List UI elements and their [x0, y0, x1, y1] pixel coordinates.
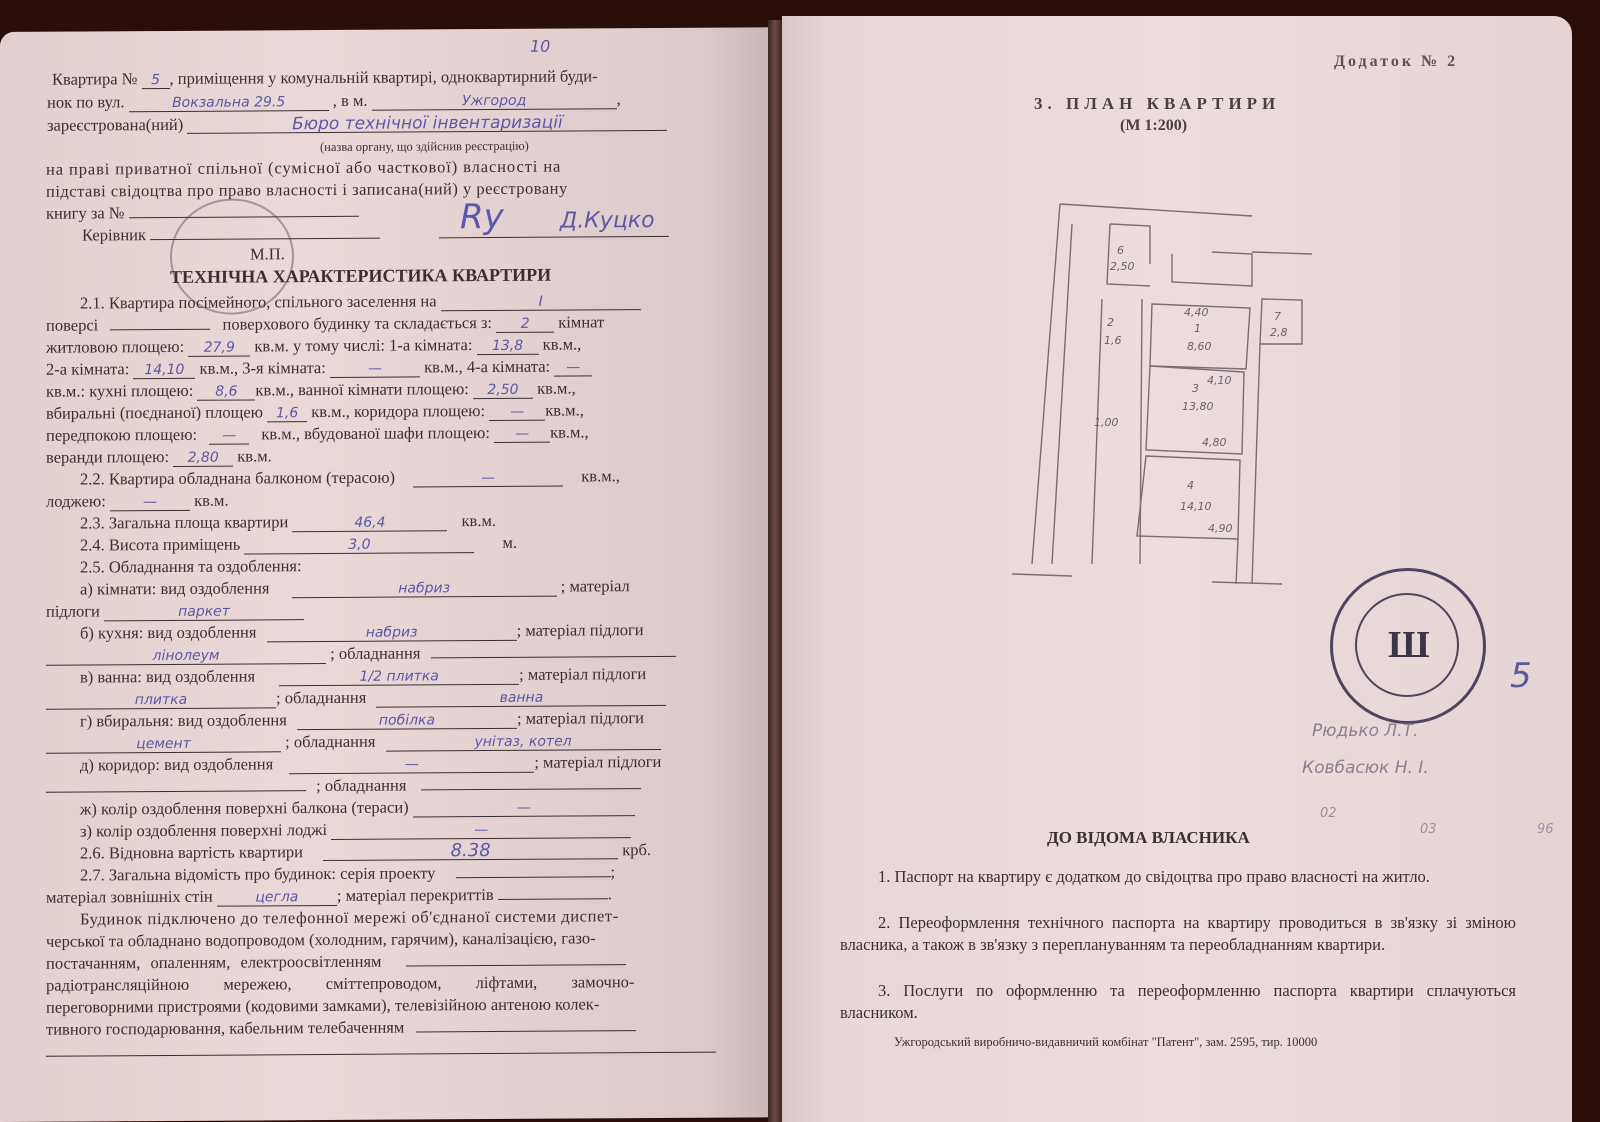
s25-z-line: з) колір оздоблення поверхні лоджі — — [80, 818, 631, 841]
s25-g-line-2: цемент ; обладнання унітаз, котел — [46, 730, 661, 754]
s22-line-1: 2.2. Квартира обладнана балконом (терасо… — [80, 466, 620, 489]
bath-equipment-field[interactable]: ванна — [376, 689, 666, 708]
room-label-6: 6 — [1117, 244, 1124, 257]
para-line-7 — [46, 1038, 716, 1062]
s27-line-2: матеріал зовнішніх стін цегла; матеріал … — [46, 884, 612, 907]
total-area-field[interactable]: 46,4 — [292, 514, 447, 532]
living-area-field[interactable]: 27,9 — [188, 339, 250, 356]
notice-item-2: 2. Переоформлення технічного паспорта на… — [840, 912, 1516, 956]
wc-floor-field[interactable]: цемент — [46, 735, 281, 753]
s25-d-line-1: д) коридор: вид оздоблення —; матеріал п… — [80, 752, 661, 776]
svg-text:2,50: 2,50 — [1110, 260, 1135, 273]
s22-line-2: лоджею: — кв.м. — [46, 491, 229, 512]
s25-title: 2.5. Обладнання та оздоблення: — [80, 556, 302, 577]
kitchen-finish-field[interactable]: набриз — [267, 624, 517, 643]
s21-line-5: кв.м.: кухні площею: 8,6кв.м., ванної кі… — [46, 378, 576, 401]
balcony-color-field[interactable]: — — [413, 799, 635, 817]
bath-area-field[interactable]: 2,50 — [473, 382, 533, 399]
signature-name-2: Ковбасюк Н. І. — [1302, 758, 1429, 778]
ceiling-material-field[interactable] — [498, 898, 608, 900]
s21-line-8: веранди площею: 2,80 кв.м. — [46, 446, 272, 467]
notice-item-1: 1. Паспорт на квартиру є додатком до сві… — [840, 866, 1516, 888]
svg-text:1,00: 1,00 — [1094, 416, 1119, 429]
para-line-1: Будинок підключено до телефонної мережі … — [80, 906, 716, 930]
project-series-field[interactable] — [456, 876, 611, 878]
s25-b-line-2: лінолеум ; обладнання — [46, 642, 676, 666]
s27-line-1: 2.7. Загальна відомість про будинок: сер… — [80, 862, 615, 885]
svg-text:3: 3 — [1192, 382, 1199, 395]
svg-text:2: 2 — [1107, 316, 1114, 329]
right-page: Додаток № 2 3. ПЛАН КВАРТИРИ (М 1:200) 6… — [782, 16, 1572, 1122]
bath-floor-field[interactable]: плитка — [46, 691, 276, 709]
room4-area-field[interactable]: — — [554, 359, 592, 376]
s21-line-6: вбиральні (поєднаної) площею 1,6 кв.м., … — [46, 400, 584, 423]
balcony-area-field[interactable]: — — [413, 470, 563, 488]
apartment-number-line: Квартира № 5, приміщення у комунальній к… — [52, 66, 598, 89]
storeys-field[interactable] — [110, 329, 210, 331]
s25-b-line-1: б) кухня: вид оздоблення набриз; матеріа… — [80, 620, 644, 643]
para-line-3: постачанням, опаленням, електроосвітленн… — [46, 950, 626, 974]
kitchen-floor-field[interactable]: лінолеум — [46, 647, 326, 666]
s21-line-4: 2-а кімната: 14,10 кв.м., 3-я кімната: —… — [46, 356, 592, 379]
signature-mark: 5 — [1510, 656, 1532, 696]
ceiling-height-field[interactable]: 3,0 — [244, 536, 474, 554]
loggia-area-field[interactable]: — — [110, 494, 190, 511]
para-line-6: тивного господарювання, кабельним телеба… — [46, 1016, 636, 1040]
section-title: ТЕХНІЧНА ХАРАКТЕРИСТИКА КВАРТИРИ — [170, 265, 551, 287]
date-day: 02 — [1320, 806, 1337, 821]
imprint: Ужгородський виробничо-видавничий комбін… — [894, 1032, 1317, 1052]
street-line: нок по вул. Вокзальна 29.5 , в м. Ужгоро… — [47, 89, 621, 113]
apartment-number-field[interactable]: 5 — [142, 72, 170, 89]
floor-field[interactable]: I — [441, 293, 641, 311]
rooms-finish-field[interactable]: набриз — [292, 580, 557, 599]
svg-text:4,90: 4,90 — [1208, 522, 1233, 535]
signature-2: Д.Куцко — [560, 208, 655, 234]
para-line-5: переговорними пристроями (кодовими замка… — [46, 994, 716, 1018]
rooms-floor-field[interactable]: паркет — [104, 603, 304, 621]
svg-text:4: 4 — [1187, 479, 1194, 492]
svg-text:7: 7 — [1274, 310, 1281, 323]
room1-area-field[interactable]: 13,8 — [477, 338, 539, 355]
corridor-floor-field[interactable] — [46, 790, 306, 793]
svg-text:4,80: 4,80 — [1202, 436, 1227, 449]
rooms-count-field[interactable]: 2 — [496, 316, 554, 333]
signature-name-1: Рюдько Л.Т. — [1312, 721, 1418, 741]
appendix-label: Додаток № 2 — [1334, 52, 1458, 72]
svg-text:4,10: 4,10 — [1207, 374, 1232, 387]
closet-area-field[interactable]: — — [494, 426, 550, 443]
s23-line: 2.3. Загальна площа квартири 46,4 кв.м. — [80, 511, 496, 534]
handwritten-mark: 10 — [530, 37, 550, 56]
cable-tv-field[interactable] — [416, 1030, 636, 1032]
seal-placeholder: М.П. — [250, 244, 285, 264]
official-stamp: Ш — [1330, 568, 1486, 724]
wall-material-field[interactable]: цегла — [217, 889, 337, 907]
date-month: 03 — [1420, 822, 1437, 837]
s25-a-line-1: а) кімнати: вид оздоблення набриз ; мате… — [80, 576, 630, 599]
svg-text:1: 1 — [1194, 322, 1201, 335]
bath-finish-field[interactable]: 1/2 плитка — [279, 668, 519, 686]
svg-text:4,40: 4,40 — [1184, 306, 1209, 319]
corridor-finish-field[interactable]: — — [289, 756, 534, 774]
plan-scale: (М 1:200) — [1120, 116, 1187, 136]
para-line-2: черської та обладнано водопроводом (холо… — [46, 928, 716, 952]
registrar-line: зареєстрована(ний) Бюро технічної інвент… — [47, 112, 667, 136]
hall-area-field[interactable]: — — [209, 427, 249, 444]
kitchen-area-field[interactable]: 8,6 — [197, 383, 255, 400]
ownership-line-2: підставі свідоцтва про право власності і… — [46, 178, 714, 202]
registrar-caption: (назва органу, що здійснив реєстрацію) — [320, 136, 529, 157]
corridor-area-field[interactable]: — — [489, 404, 545, 421]
book-spine — [768, 20, 782, 1122]
svg-text:8,60: 8,60 — [1187, 340, 1212, 353]
s25-d-line-2: ; обладнання — [46, 774, 641, 798]
s25-v-line-1: в) ванна: вид оздоблення 1/2 плитка; мат… — [80, 664, 646, 687]
loggia-color-field[interactable]: — — [331, 821, 631, 840]
svg-text:13,80: 13,80 — [1182, 400, 1214, 413]
date-year: 96 — [1537, 822, 1554, 837]
s25-v-line-2: плитка; обладнання ванна — [46, 686, 666, 710]
registrar-field[interactable]: Бюро технічної інвентаризації — [187, 114, 667, 134]
svg-text:1,6: 1,6 — [1104, 334, 1122, 347]
s21-line-1: 2.1. Квартира посімейного, спільного зас… — [80, 290, 641, 313]
s24-line: 2.4. Висота приміщень 3,0 м. — [80, 533, 517, 556]
room2-area-field[interactable]: 14,10 — [133, 362, 195, 379]
para-line-4: радіотрансляційною мережею, сміттепровод… — [46, 972, 716, 996]
room3-area-field[interactable]: — — [330, 360, 420, 378]
electric-field[interactable] — [406, 964, 626, 966]
city-field[interactable]: Ужгород — [372, 92, 617, 110]
notice-item-3: 3. Послуги по оформленню та переоформлен… — [840, 980, 1516, 1024]
s21-line-7: передпокою площею: — кв.м., вбудованої ш… — [46, 422, 589, 445]
svg-text:14,10: 14,10 — [1180, 500, 1212, 513]
extra-field[interactable] — [46, 1052, 716, 1057]
ownership-line-1: на праві приватної спільної (сумісної аб… — [46, 156, 714, 180]
plan-title: 3. ПЛАН КВАРТИРИ — [1034, 94, 1280, 114]
restoration-value-field[interactable]: 8.38 — [323, 842, 618, 861]
wc-finish-field[interactable]: побілка — [297, 712, 517, 730]
s25-g-line-1: г) вбиральня: вид оздоблення побілка; ма… — [80, 708, 644, 731]
veranda-area-field[interactable]: 2,80 — [173, 450, 233, 467]
left-page: 10 Квартира № 5, приміщення у комунальні… — [0, 27, 768, 1122]
notice-title: ДО ВІДОМА ВЛАСНИКА — [1047, 828, 1250, 848]
street-field[interactable]: Вокзальна 29.5 — [129, 94, 329, 112]
s25-zh-line: ж) колір оздоблення поверхні балкона (те… — [80, 796, 635, 819]
corridor-equipment-field[interactable] — [421, 788, 641, 790]
svg-text:2,8: 2,8 — [1270, 326, 1288, 339]
s21-line-2: поверсі поверхового будинку та складаєть… — [46, 312, 714, 336]
signature-1: Ry — [460, 197, 504, 237]
s21-line-3: житловою площею: 27,9 кв.м. у тому числі… — [46, 334, 581, 357]
s26-line: 2.6. Відновна вартість квартири 8.38 крб… — [80, 840, 651, 863]
floor-plan: 6 2,50 2 1,6 4,40 1 8,60 3 13,80 4,10 4,… — [1012, 194, 1342, 594]
wc-area-field[interactable]: 1,6 — [267, 405, 307, 422]
s25-a-line-2: підлоги паркет — [46, 600, 304, 622]
trident-icon: Ш — [1388, 623, 1430, 667]
wc-equipment-field[interactable]: унітаз, котел — [386, 733, 661, 752]
kitchen-equipment-field[interactable] — [431, 656, 676, 658]
